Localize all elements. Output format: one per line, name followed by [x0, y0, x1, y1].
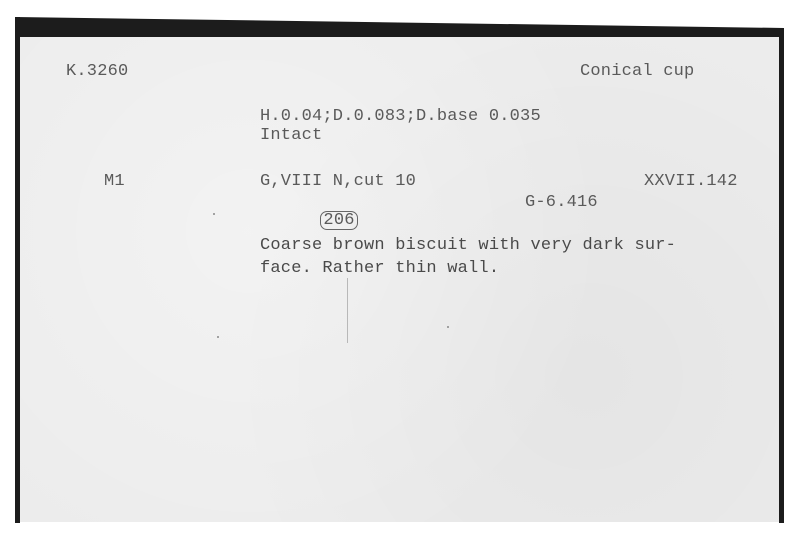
reference-number: XXVII.142	[644, 172, 738, 191]
circled-number: 206	[320, 211, 357, 230]
description-line-1: Coarse brown biscuit with very dark sur-	[260, 236, 676, 255]
pencil-mark	[347, 278, 348, 343]
catalog-card: K.3260 Conical cup H.0.04;D.0.083;D.base…	[20, 37, 779, 522]
condition: Intact	[260, 126, 322, 145]
scanned-index-card: K.3260 Conical cup H.0.04;D.0.083;D.base…	[0, 0, 800, 538]
card-frame-right	[779, 28, 784, 523]
paper-speck	[213, 213, 215, 215]
dimensions: H.0.04;D.0.083;D.base 0.035	[260, 107, 541, 126]
paper-speck	[447, 326, 449, 328]
negative-number: G-6.416	[525, 193, 598, 212]
catalog-number: K.3260	[66, 62, 128, 81]
object-type: Conical cup	[580, 62, 694, 81]
series-code: M1	[104, 172, 125, 191]
card-frame-top	[15, 17, 784, 37]
findspot: G,VIII N,cut 10	[260, 172, 416, 191]
paper-speck	[217, 336, 219, 338]
description-line-2: face. Rather thin wall.	[260, 259, 499, 278]
